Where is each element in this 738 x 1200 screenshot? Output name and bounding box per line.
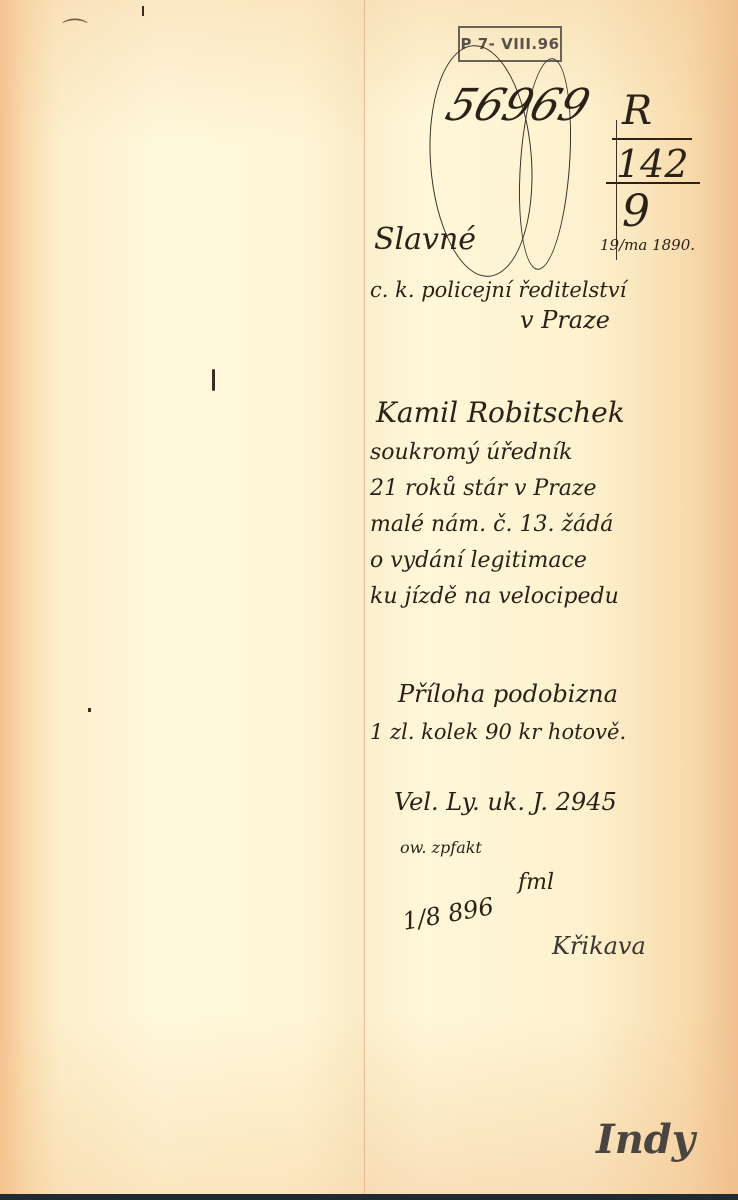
ink-dot-mark [88, 708, 91, 712]
body-line-4: malé nám. č. 13. žádá [370, 512, 613, 537]
reference-letter: R [622, 88, 652, 134]
fraction-line-2 [606, 182, 700, 184]
address-line-2: v Praze [520, 306, 610, 334]
pencil-signature: Indy [596, 1116, 695, 1163]
left-page-blank [0, 0, 365, 1194]
salutation: Slavné [374, 222, 476, 257]
reference-numerator: 142 [616, 142, 689, 186]
ink-arc-mark: ⌒ [62, 12, 88, 49]
note-line-1: Vel. Ly. uk. J. 2945 [394, 788, 617, 816]
attachment-line-1: Příloha podobizna [398, 680, 618, 708]
reference-denominator: 9 [622, 186, 650, 237]
note-initials: fml [518, 870, 554, 895]
applicant-name: Kamil Robitschek [376, 396, 625, 429]
body-line-2: soukromý úředník [370, 440, 572, 465]
address-line-1: c. k. policejní ředitelství [370, 278, 626, 302]
note-line-2: ow. zpfakt [400, 838, 482, 857]
ink-blot-mark [212, 369, 215, 391]
body-line-5: o vydání legitimace [370, 548, 587, 573]
reference-date: 19/ma 1890. [600, 236, 695, 254]
body-line-3: 21 roků stár v Praze [370, 476, 596, 501]
ink-tick-mark [142, 6, 144, 16]
fraction-line-1 [612, 138, 692, 140]
body-line-6: ku jízdě na velocipedu [370, 584, 619, 609]
official-signature: Křikava [552, 932, 646, 960]
reference-number: 56969 [440, 80, 597, 131]
attachment-line-2: 1 zl. kolek 90 kr hotově. [370, 720, 626, 744]
